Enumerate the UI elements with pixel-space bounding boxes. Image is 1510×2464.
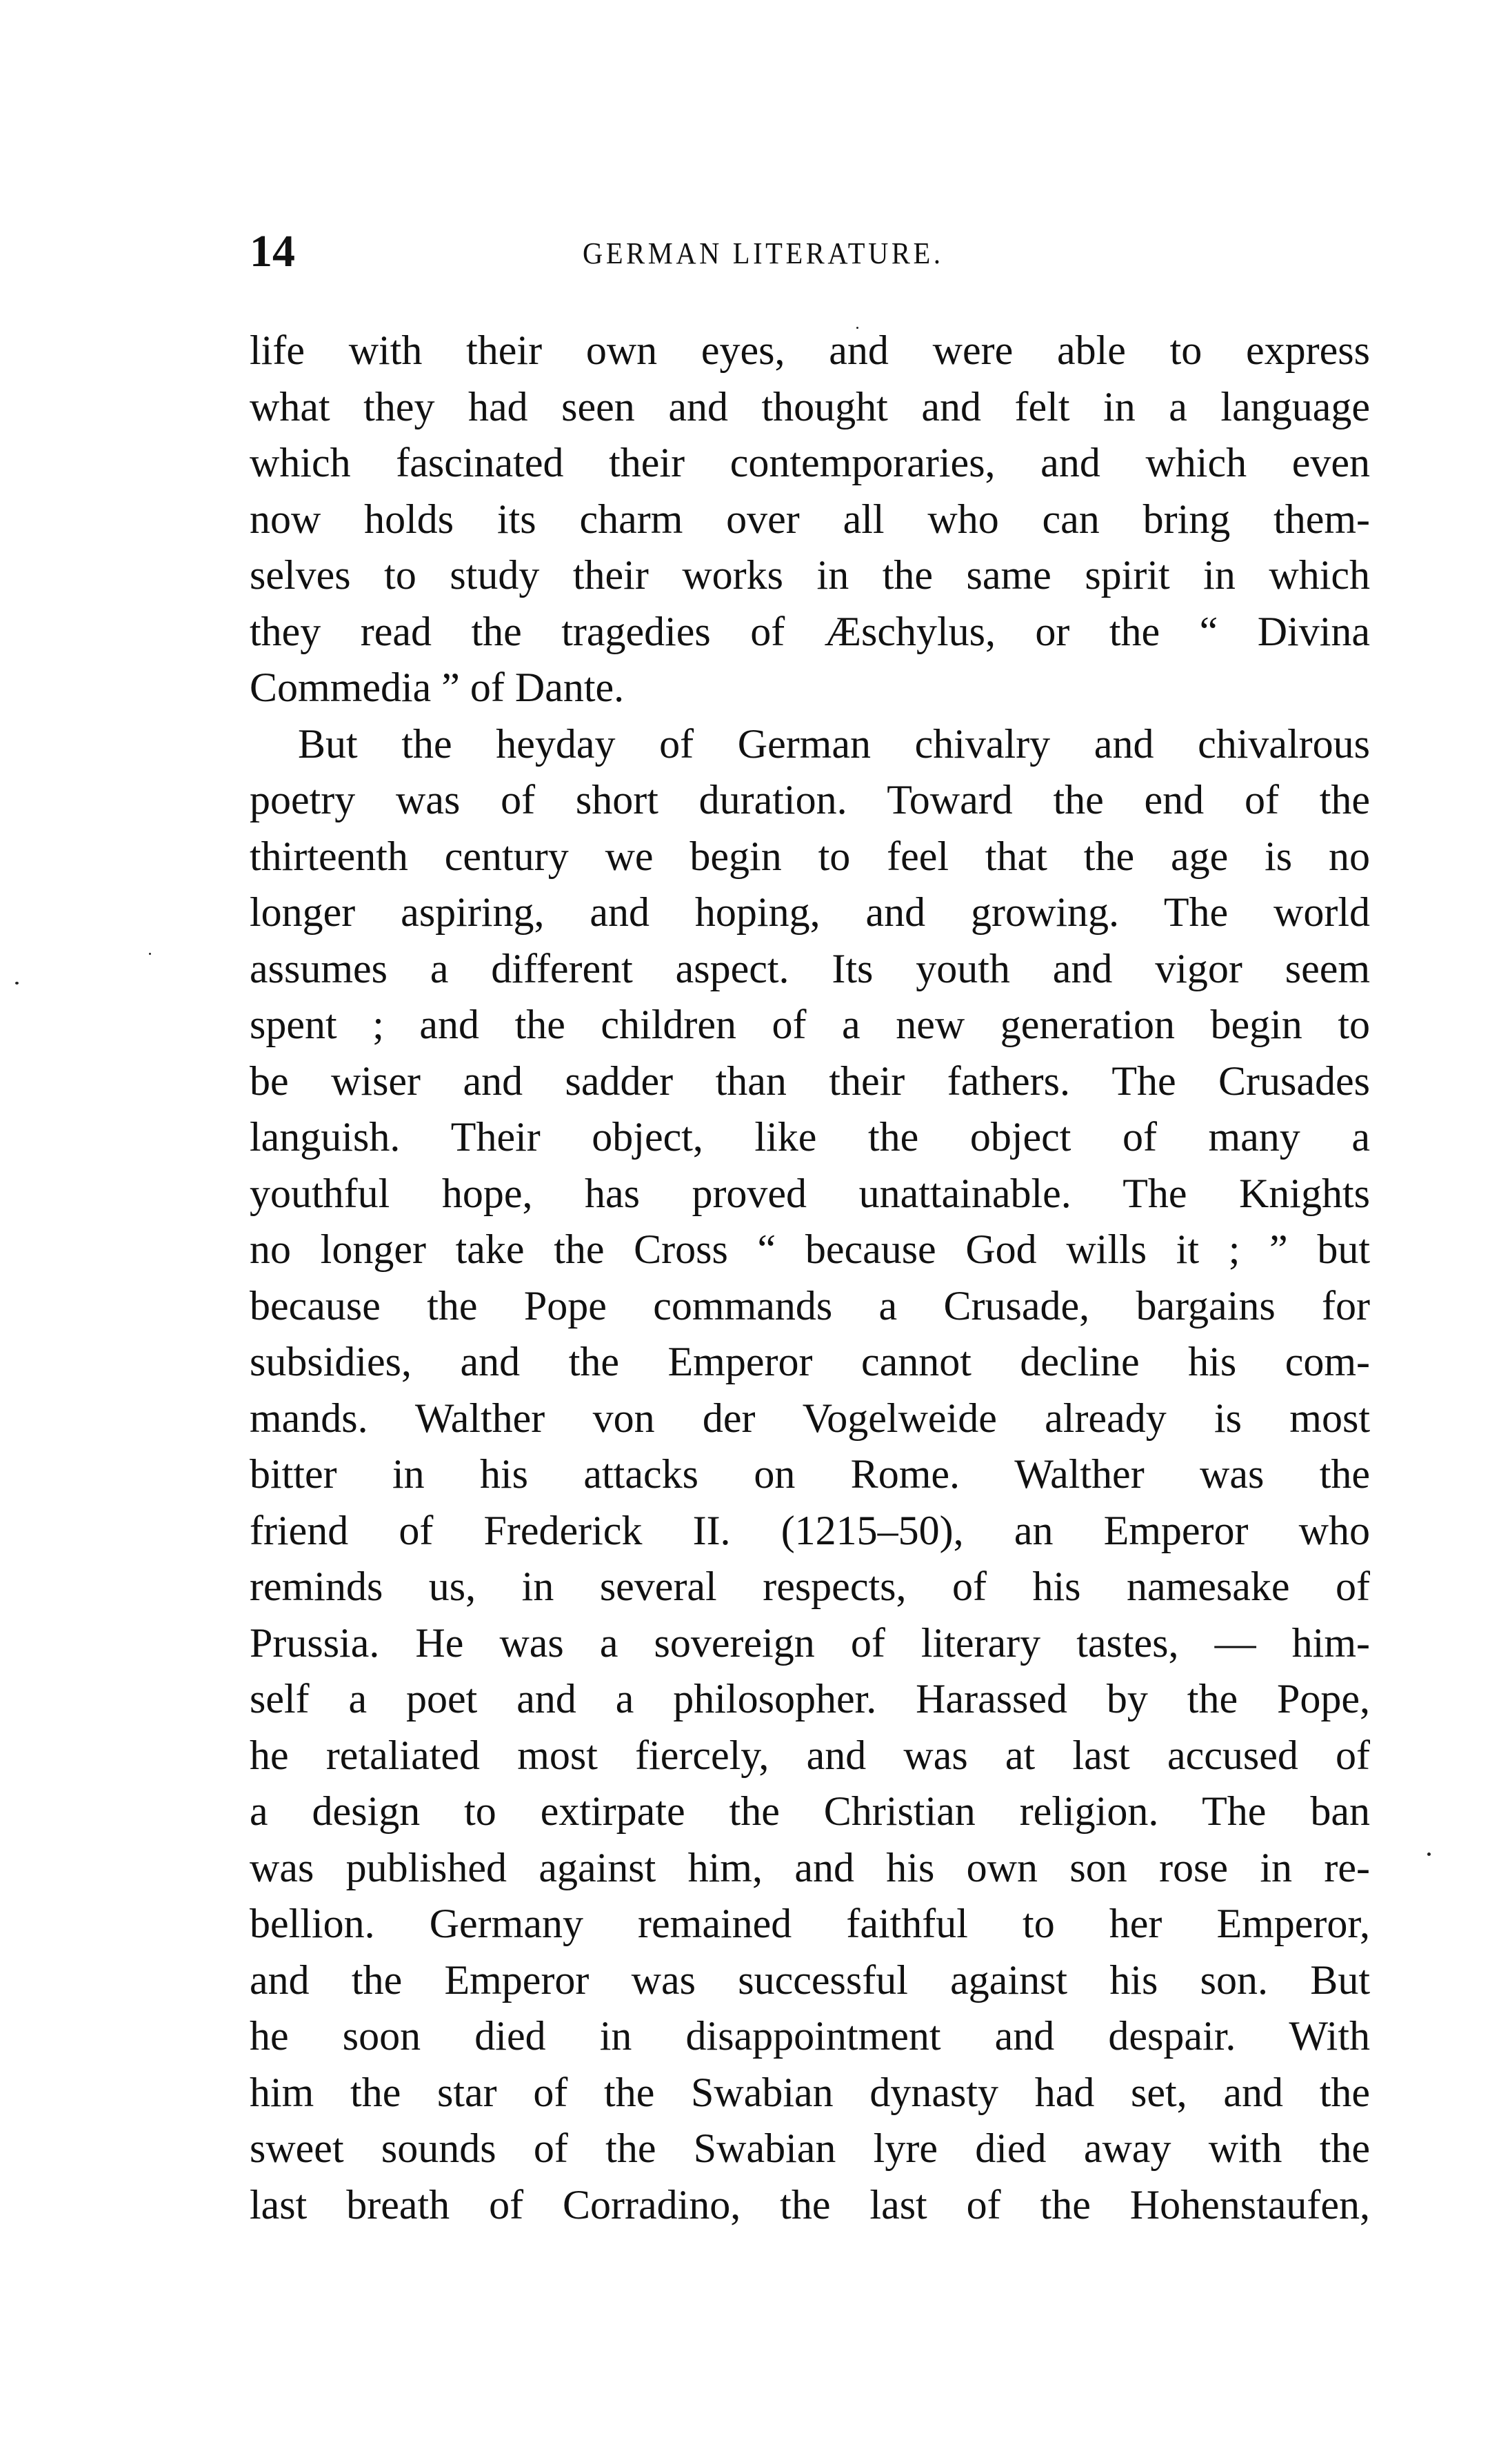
text-line: mands. Walther von der Vogelweide alread… (250, 1391, 1370, 1447)
text-line: youthful hope, has proved unattainable. … (250, 1166, 1370, 1222)
text-line: selves to study their works in the same … (250, 547, 1370, 604)
body-text: life with their own eyes, and were able … (250, 323, 1370, 2233)
scan-speck (1427, 1852, 1431, 1856)
text-line: last breath of Corradino, the last of th… (250, 2177, 1370, 2234)
text-line: a design to extirpate the Christian reli… (250, 1784, 1370, 1840)
book-page: 14 GERMAN LITERATURE. life with their ow… (0, 0, 1510, 2464)
text-line: no longer take the Cross “ because God w… (250, 1222, 1370, 1278)
running-head: 14 GERMAN LITERATURE. (250, 228, 1370, 276)
text-line: life with their own eyes, and were able … (250, 323, 1370, 379)
text-line: poetry was of short duration. Toward the… (250, 772, 1370, 829)
text-line: reminds us, in several respects, of his … (250, 1559, 1370, 1615)
text-line: spent ; and the children of a new genera… (250, 997, 1370, 1053)
text-line: bellion. Germany remained faithful to he… (250, 1896, 1370, 1952)
scan-speck (856, 327, 858, 329)
text-line: languish. Their object, like the object … (250, 1109, 1370, 1166)
text-line: friend of Frederick II. (1215–50), an Em… (250, 1503, 1370, 1559)
text-line: what they had seen and thought and felt … (250, 379, 1370, 436)
text-line: was published against him, and his own s… (250, 1840, 1370, 1897)
text-line: assumes a different aspect. Its youth an… (250, 941, 1370, 998)
running-title: GERMAN LITERATURE. (583, 233, 944, 274)
text-line: sweet sounds of the Swabian lyre died aw… (250, 2121, 1370, 2177)
text-line: bitter in his attacks on Rome. Walther w… (250, 1446, 1370, 1503)
text-line: self a poet and a philosopher. Harassed … (250, 1671, 1370, 1728)
text-line: him the star of the Swabian dynasty had … (250, 2065, 1370, 2121)
text-line: they read the tragedies of Æschylus, or … (250, 604, 1370, 660)
text-line: subsidies, and the Emperor cannot declin… (250, 1334, 1370, 1391)
text-line: be wiser and sadder than their fathers. … (250, 1053, 1370, 1110)
text-line: which fascinated their contemporaries, a… (250, 435, 1370, 492)
text-line: now holds its charm over all who can bri… (250, 492, 1370, 548)
text-line: Prussia. He was a sovereign of literary … (250, 1615, 1370, 1672)
text-line: because the Pope commands a Crusade, bar… (250, 1278, 1370, 1335)
scan-speck (15, 982, 19, 984)
scan-speck (149, 953, 151, 955)
text-line: and the Emperor was successful against h… (250, 1952, 1370, 2009)
text-line: thirteenth century we begin to feel that… (250, 829, 1370, 885)
text-line: longer aspiring, and hoping, and growing… (250, 885, 1370, 941)
paragraph-end-line: Commedia ” of Dante. (250, 660, 1370, 716)
text-line: he retaliated most fiercely, and was at … (250, 1728, 1370, 1784)
text-line: he soon died in disappointment and despa… (250, 2008, 1370, 2065)
page-number: 14 (250, 228, 295, 276)
paragraph-start-line: But the heyday of German chivalry and ch… (250, 716, 1370, 773)
